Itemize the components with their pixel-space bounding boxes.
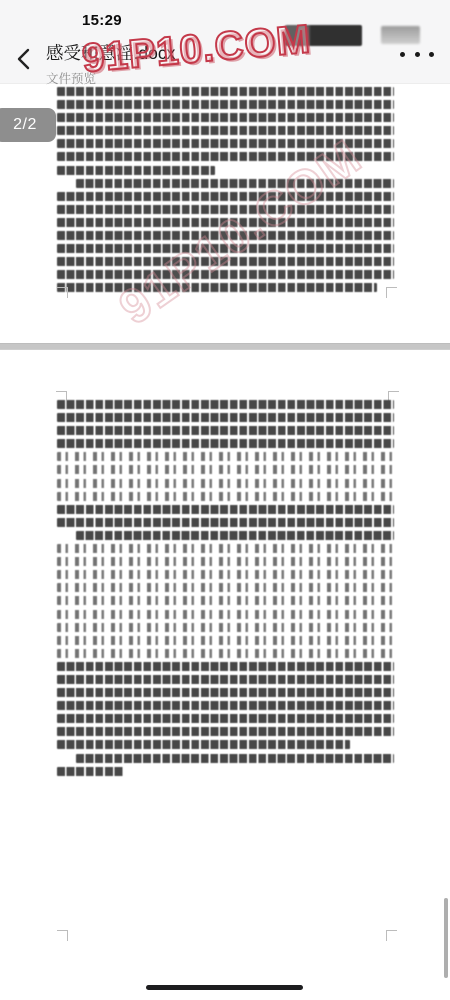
redacted-text-line [57,714,394,723]
redacted-text-line [57,192,394,201]
document-page-1 [0,84,450,343]
redacted-text-line [57,426,394,435]
page-subtitle: 文件预览 [46,69,296,87]
chevron-left-icon [16,48,32,70]
file-preview-screen: 15:29 感受和意淫.docx 文件预览 [0,0,450,1000]
redacted-text-line [57,452,394,461]
document-page-2 [0,350,450,1000]
status-time: 15:29 [82,12,122,29]
redacted-text-line [76,531,394,540]
margin-mark [386,287,397,298]
redacted-text-line [57,244,394,253]
redacted-text-line [57,439,394,448]
redacted-text-line [57,492,394,501]
redacted-text-line [76,179,394,188]
redacted-text-line [57,688,394,697]
page-1-text-redacted [57,87,394,297]
page-indicator-badge: 2/2 [0,108,56,142]
redacted-text-line [57,465,394,474]
redacted-text-line [57,283,377,292]
redacted-text-line [57,583,394,592]
redacted-text-line [57,636,394,645]
redacted-text-line [57,218,394,227]
margin-mark [57,287,68,298]
redacted-text-line [57,662,394,671]
redacted-text-line [57,113,394,122]
redacted-text-line [57,257,394,266]
redacted-text-line [57,557,394,566]
redacted-text-line [57,701,394,710]
ellipsis-dot [415,52,420,57]
redacted-text-line [57,727,394,736]
redacted-text-line [57,152,394,161]
redacted-text-line [57,205,394,214]
redacted-text-line [57,126,394,135]
redacted-text-line [57,596,394,605]
redacted-text-line [57,518,394,527]
redacted-text-line [57,610,394,619]
redacted-text-line [57,767,124,776]
document-scroll-area[interactable] [0,84,450,1000]
back-button[interactable] [8,44,40,74]
redacted-text-line [57,100,394,109]
redacted-text-line [57,675,394,684]
redacted-text-line [57,570,394,579]
redacted-text-line [57,740,350,749]
redacted-text-line [57,166,215,175]
page-2-text-redacted [57,400,394,780]
header-bar: 15:29 感受和意淫.docx 文件预览 [0,0,450,84]
page-divider [0,343,450,350]
header-titles: 感受和意淫.docx 文件预览 [46,40,296,87]
redacted-text-line [57,505,394,514]
scrollbar-thumb[interactable] [444,898,448,978]
margin-mark [386,930,397,941]
redacted-text-line [57,139,394,148]
document-title: 感受和意淫.docx [46,40,296,65]
redacted-text-line [57,544,394,553]
redacted-text-line [57,400,394,409]
ellipsis-dot [400,52,405,57]
status-icons-blurred [285,25,362,46]
more-options-button[interactable] [400,46,434,62]
redacted-text-line [57,231,394,240]
redacted-text-line [57,649,394,658]
redacted-text-line [57,479,394,488]
redacted-text-line [57,623,394,632]
ellipsis-dot [429,52,434,57]
redacted-text-line [57,413,394,422]
redacted-text-line [76,754,394,763]
margin-mark [57,930,68,941]
redacted-text-line [57,87,394,96]
home-indicator[interactable] [146,985,303,990]
battery-icon-blurred [381,26,420,44]
redacted-text-line [57,270,394,279]
